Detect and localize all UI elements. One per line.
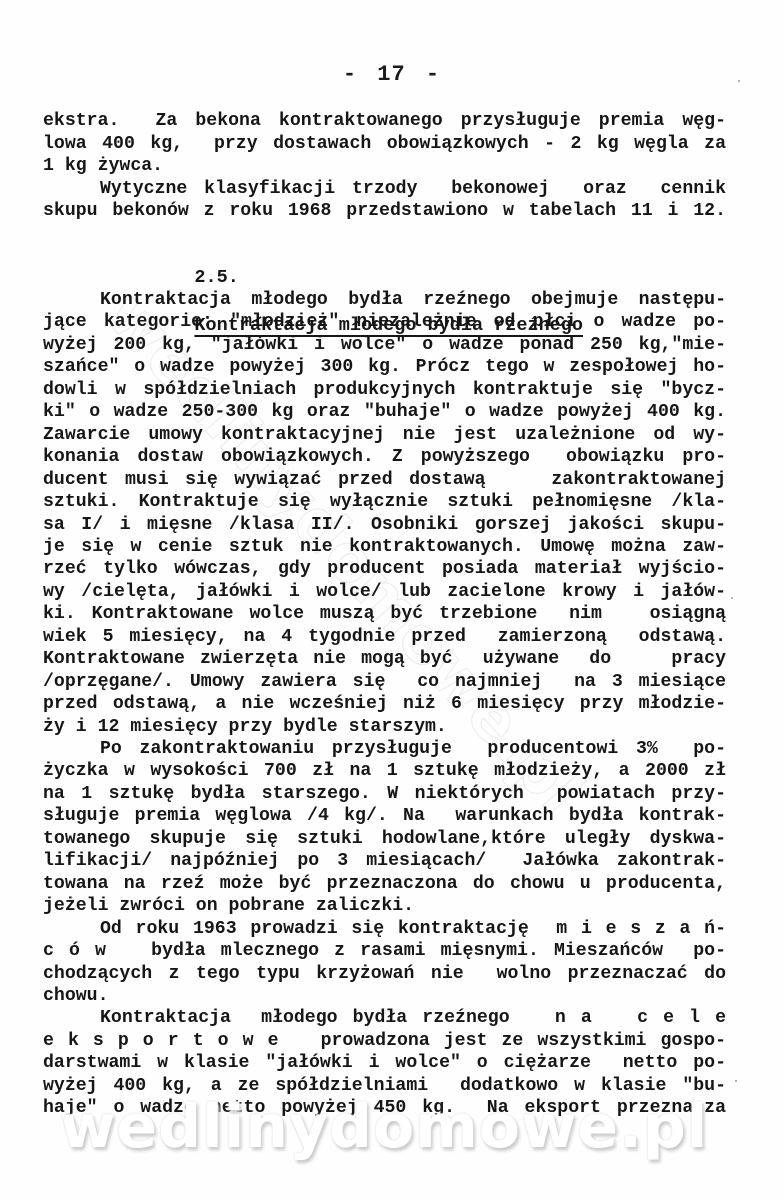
text-line: Po zakontraktowaniu przysługuje producen… xyxy=(100,738,726,760)
text-line: ducent musi się wywiązać przed dostawą z… xyxy=(43,469,726,491)
text-line: jeżeli zwróci on pobrane zaliczki. xyxy=(43,895,726,917)
text-line: e k s p o r t o w e prowadzona jest ze w… xyxy=(43,1030,726,1052)
text-line: Zawarcie umowy kontraktacyjnej nie jest … xyxy=(43,424,726,446)
text-line: lifikacji/ najpóźniej po 3 miesiącach/ J… xyxy=(43,850,726,872)
text-line: skupu bekonów z roku 1968 przedstawiono … xyxy=(43,200,726,222)
scan-speck xyxy=(738,80,740,82)
section-title: Kontraktacja młodego bydła rzeźnego xyxy=(194,315,583,336)
text-line: c ó w bydła mlecznego z rasami mięsnymi.… xyxy=(43,940,726,962)
text-line: towanego skupuje się sztuki hodowlane,kt… xyxy=(43,828,726,850)
text-line: 1 kg żywca. xyxy=(43,155,726,177)
text-line: wy /cielęta, jałówki i wolce/ lub zaciel… xyxy=(43,581,726,603)
text-line: na 1 sztukę bydła starszego. W niektóryc… xyxy=(43,783,726,805)
text-line: wiek 5 miesięcy, na 4 tygodnie przed zam… xyxy=(43,626,726,648)
text-line: darstwami w klasie "jałówki i wolce" o c… xyxy=(43,1052,726,1074)
page-number: - 17 - xyxy=(0,62,783,87)
text-line: rzeć tylko wówczas, gdy producent posiad… xyxy=(43,558,726,580)
text-line: chowu. xyxy=(43,985,726,1007)
text-line: towana na rzeź może być przeznaczona do … xyxy=(43,873,726,895)
text-line: Od roku 1963 prowadzi się kontraktację m… xyxy=(100,918,726,940)
text-line: sługuje premia węglowa /4 kg/. Na warunk… xyxy=(43,805,726,827)
text-line: chodzących z tego typu krzyżowań nie wol… xyxy=(43,963,726,985)
text-line: dowli w spółdzielniach produkcyjnych kon… xyxy=(43,379,726,401)
text-line: ki. Kontraktowane wolce muszą być trzebi… xyxy=(43,603,726,625)
text-line: Kontraktowane zwierzęta nie mogą być uży… xyxy=(43,648,726,670)
text-line: ży i 12 miesięcy przy bydle starszym. xyxy=(43,716,726,738)
section-number: 2.5. xyxy=(194,267,238,288)
scan-speck xyxy=(731,597,733,599)
section-heading: 2.5. Kontraktacja młodego bydła rzeźnego xyxy=(150,242,583,362)
text-line: życzka w wysokości 700 zł na 1 sztukę mł… xyxy=(43,760,726,782)
scan-speck xyxy=(735,1080,737,1082)
watermark: wedlinydomowe.pl xyxy=(60,1092,708,1162)
text-line: sa I/ i mięsne /klasa II/. Osobniki gors… xyxy=(43,514,726,536)
text-line: ekstra. Za bekona kontraktowanego przysł… xyxy=(43,110,726,132)
text-line: konania dostaw obowiązkowych. Z powyższe… xyxy=(43,446,726,468)
text-line: ki" o wadze 250-300 kg oraz "buhaje" o w… xyxy=(43,401,726,423)
text-line: sztuki. Kontraktuje się wyłącznie sztuki… xyxy=(43,491,726,513)
text-line: przed odstawą, a nie wcześniej niż 6 mie… xyxy=(43,693,726,715)
text-line: Wytyczne klasyfikacji trzody bekonowej o… xyxy=(100,178,726,200)
text-line: Kontraktacja młodego bydła rzeźnego n a … xyxy=(100,1007,726,1029)
text-line: /oprzęgane/. Umowy zawiera się co najmni… xyxy=(43,671,726,693)
text-line: lowa 400 kg, przy dostawach obowiązkowyc… xyxy=(43,133,726,155)
document-page: wedlinydomowe.pl - 17 - ekstra. Za bekon… xyxy=(0,0,783,1200)
text-line: je się w cenie sztuk nie kontraktowanych… xyxy=(43,536,726,558)
